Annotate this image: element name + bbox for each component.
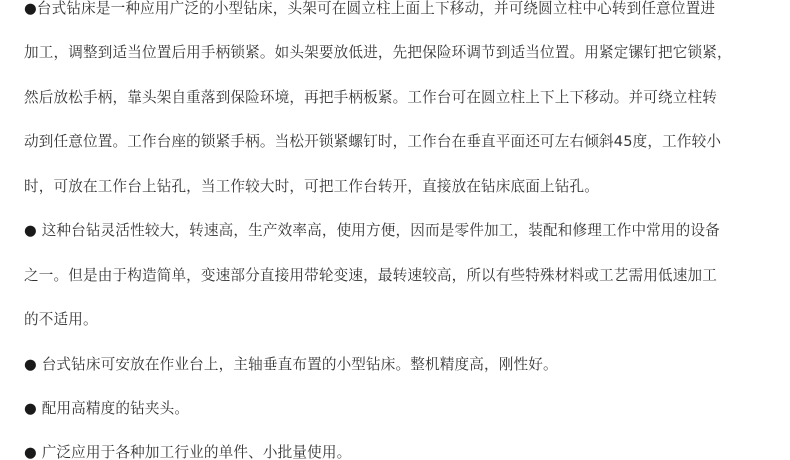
bullet-icon: ●	[24, 222, 42, 239]
paragraph-4-line-1: ● 配用高精度的钻夹头。	[24, 400, 189, 418]
paragraph-1-line-5: 时，可放在工作台上钻孔，当工作较大时，可把工作台转开，直接放在钻床底面上钻孔。	[24, 178, 599, 196]
bullet-icon: ●	[24, 0, 37, 17]
bullet-icon: ●	[24, 356, 42, 373]
paragraph-1-line-1: ●台式钻床是一种应用广泛的小型钻床，头架可在圆立柱上面上下移动，并可绕圆立柱中心…	[24, 0, 715, 18]
bullet-icon: ●	[24, 444, 42, 460]
bullet-icon: ●	[24, 400, 42, 417]
paragraph-1-line-4: 动到任意位置。工作台座的锁紧手柄。当松开锁紧螺钉时，工作台在垂直平面还可左右倾斜…	[24, 133, 721, 151]
paragraph-1-line-3: 然后放松手柄，靠头架自重落到保险环境，再把手柄板紧。工作台可在圆立柱上下上下移动…	[24, 89, 717, 107]
paragraph-3-line-1: ● 台式钻床可安放在作业台上，主轴垂直布置的小型钻床。整机精度高，刚性好。	[24, 356, 558, 374]
paragraph-1-line-2: 加工，调整到适当位置后用手柄锁紧。如头架要放低进，先把保险环调节到适当位置。用紧…	[24, 44, 732, 62]
paragraph-5-line-1: ● 广泛应用于各种加工行业的单件、小批量使用。	[24, 444, 351, 460]
paragraph-2-line-2: 之一。但是由于构造简单，变速部分直接用带轮变速，最转速较高，所以有些特殊材料或工…	[24, 267, 717, 285]
paragraph-2-line-3: 的不适用。	[24, 311, 98, 329]
paragraph-2-line-1: ● 这种台钻灵活性较大，转速高，生产效率高，使用方便，因而是零件加工，装配和修理…	[24, 222, 720, 240]
